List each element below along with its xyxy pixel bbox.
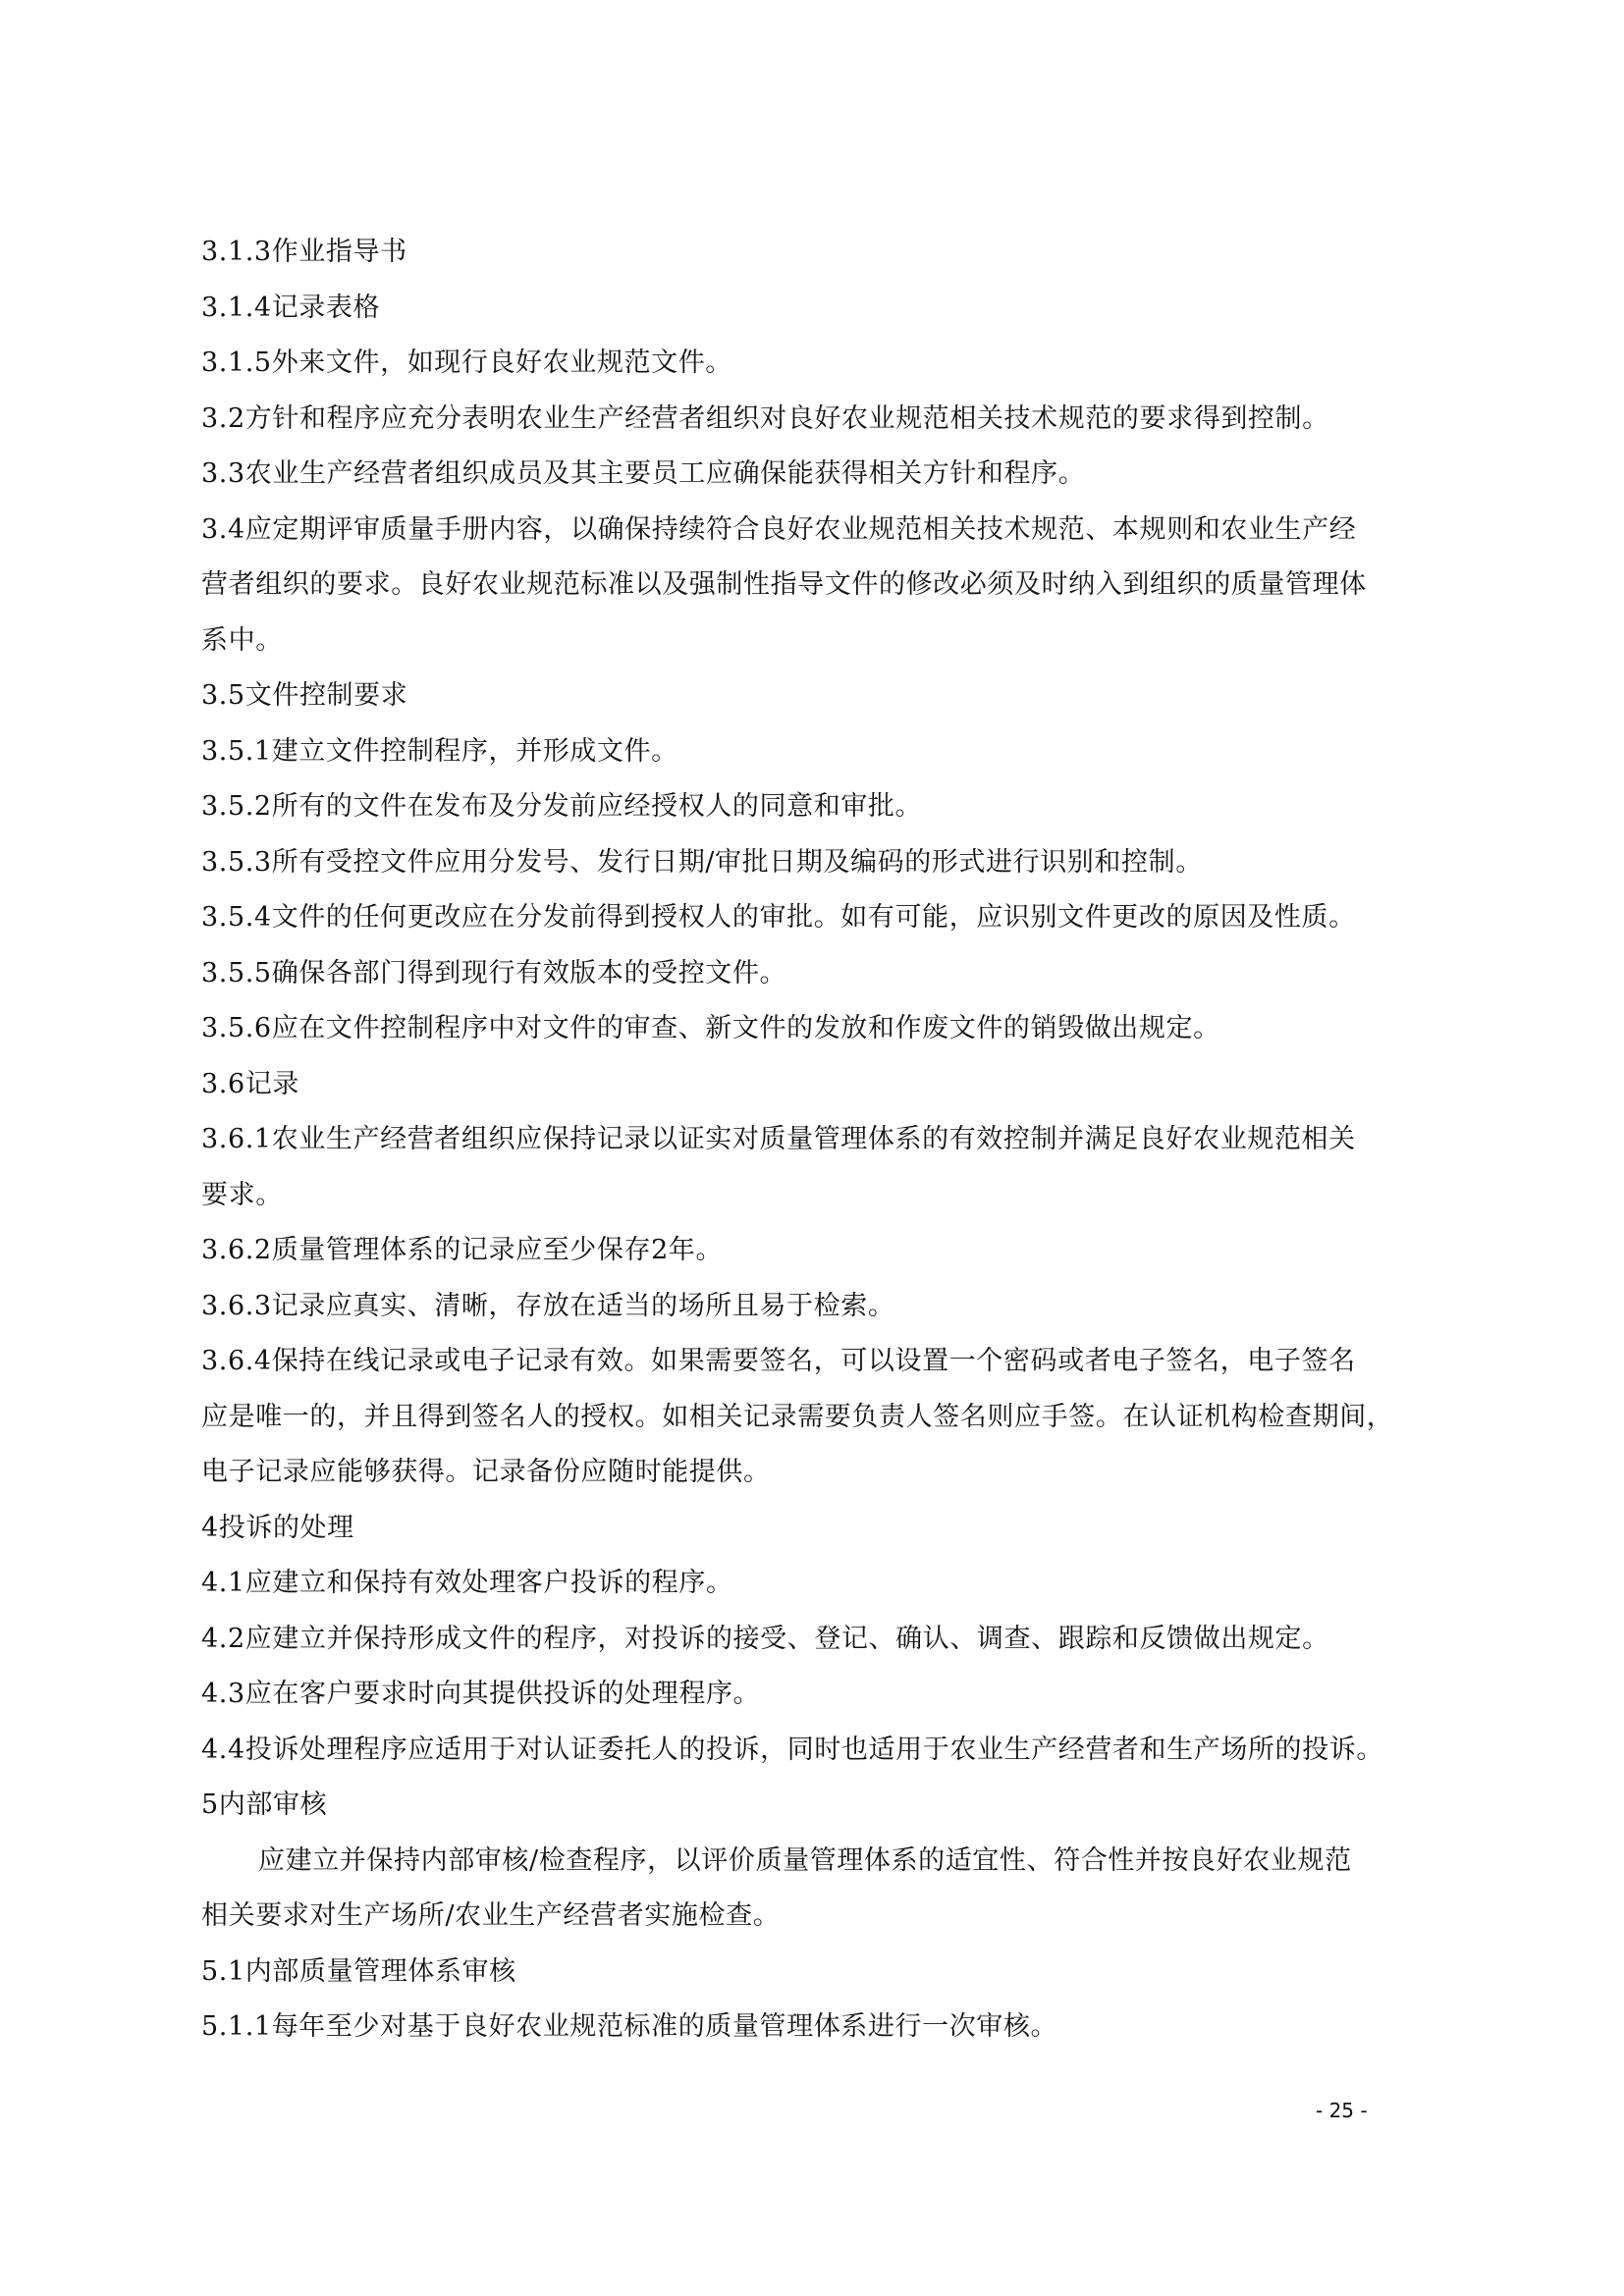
clause-4-4: 4.4投诉处理程序应适用于对认证委托人的投诉，同时也适用于农业生产经营者和生产场… (201, 1731, 1429, 1770)
clause-3-3: 3.3农业生产经营者组织成员及其主要员工应确保能获得相关方针和程序。 (201, 454, 1429, 494)
clause-3-6-2: 3.6.2质量管理体系的记录应至少保存2年。 (201, 1231, 1429, 1270)
section-5-paragraph-line-1: 应建立并保持内部审核/检查程序，以评价质量管理体系的适宜性、符合性并按良好农业规… (258, 1842, 1486, 1881)
clause-4-1: 4.1应建立和保持有效处理客户投诉的程序。 (201, 1564, 1429, 1603)
clause-3-5-1: 3.5.1建立文件控制程序，并形成文件。 (201, 732, 1429, 772)
clause-3-5-3: 3.5.3所有受控文件应用分发号、发行日期/审批日期及编码的形式进行识别和控制。 (201, 843, 1429, 882)
clause-4-2: 4.2应建立并保持形成文件的程序，对投诉的接受、登记、确认、调查、跟踪和反馈做出… (201, 1620, 1429, 1659)
clause-3-1-3: 3.1.3作业指导书 (201, 233, 1429, 272)
clause-3-6-3: 3.6.3记录应真实、清晰，存放在适当的场所且易于检索。 (201, 1287, 1429, 1326)
clause-3-5-6: 3.5.6应在文件控制程序中对文件的审查、新文件的发放和作废文件的销毁做出规定。 (201, 1009, 1429, 1048)
clause-3-6-1-line-1: 3.6.1农业生产经营者组织应保持记录以证实对质量管理体系的有效控制并满足良好农… (201, 1120, 1429, 1159)
clause-3-5-2: 3.5.2所有的文件在发布及分发前应经授权人的同意和审批。 (201, 787, 1429, 827)
clause-3-6-1-line-2: 要求。 (201, 1176, 1429, 1215)
clause-3-4-line-2: 营者组织的要求。良好农业规范标准以及强制性指导文件的修改必须及时纳入到组织的质量… (201, 565, 1429, 605)
clause-3-5-5: 3.5.5确保各部门得到现行有效版本的受控文件。 (201, 954, 1429, 993)
clause-3-2: 3.2方针和程序应充分表明农业生产经营者组织对良好农业规范相关技术规范的要求得到… (201, 400, 1429, 439)
heading-5: 5内部审核 (201, 1786, 1429, 1825)
heading-3-5: 3.5文件控制要求 (201, 676, 1429, 716)
clause-3-1-5: 3.1.5外来文件，如现行良好农业规范文件。 (201, 344, 1429, 383)
clause-3-6-4-line-1: 3.6.4保持在线记录或电子记录有效。如果需要签名，可以设置一个密码或者电子签名… (201, 1342, 1429, 1381)
clause-3-4-line-3: 系中。 (201, 621, 1429, 661)
heading-4: 4投诉的处理 (201, 1509, 1429, 1548)
page-number: - 25 - (1316, 2097, 1368, 2124)
section-5-paragraph-line-2: 相关要求对生产场所/农业生产经营者实施检查。 (201, 1896, 1429, 1936)
document-page: 3.1.3作业指导书 3.1.4记录表格 3.1.5外来文件，如现行良好农业规范… (0, 0, 1624, 2296)
heading-3-6: 3.6记录 (201, 1065, 1429, 1104)
clause-3-1-4: 3.1.4记录表格 (201, 289, 1429, 328)
clause-3-4-line-1: 3.4应定期评审质量手册内容，以确保持续符合良好农业规范相关技术规范、本规则和农… (201, 510, 1429, 550)
clause-3-6-4-line-3: 电子记录应能够获得。记录备份应随时能提供。 (201, 1453, 1429, 1492)
clause-5-1-1: 5.1.1每年至少对基于良好农业规范标准的质量管理体系进行一次审核。 (201, 2007, 1429, 2047)
clause-4-3: 4.3应在客户要求时向其提供投诉的处理程序。 (201, 1675, 1429, 1714)
clause-3-6-4-line-2: 应是唯一的，并且得到签名人的授权。如相关记录需要负责人签名则应手签。在认证机构检… (201, 1398, 1429, 1437)
heading-5-1: 5.1内部质量管理体系审核 (201, 1952, 1429, 1992)
clause-3-5-4: 3.5.4文件的任何更改应在分发前得到授权人的审批。如有可能，应识别文件更改的原… (201, 898, 1429, 937)
